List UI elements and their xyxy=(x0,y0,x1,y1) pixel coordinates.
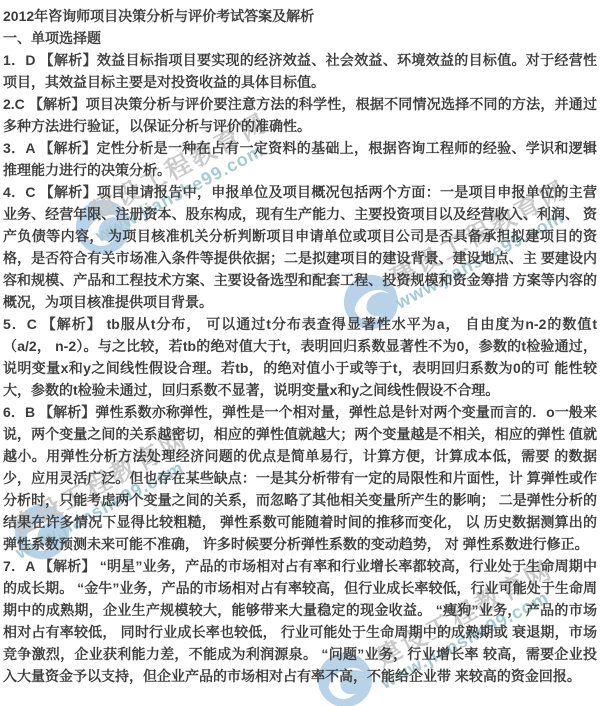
section-heading: 一、单项选择题 xyxy=(3,27,597,49)
exam-answer-document: 2012年咨询师项目决策分析与评价考试答案及解析 一、单项选择题 1．D 【解析… xyxy=(0,0,600,687)
answer-item-4: 4．C 【解析】项目申请报告中，申报单位及项目概况包括两个方面：一是项目申报单位… xyxy=(3,181,597,313)
answer-item-7: 7．A 【解析】 “明星”业务，产品的市场相对占有率和行业增长率都较高，行业处于… xyxy=(3,555,597,687)
answer-item-3: 3．A 【解析】定性分析是一种在占有一定资料的基础上，根据咨询工程师的经验、学识… xyxy=(3,137,597,181)
answer-item-2: 2.C 【解析】项目决策分析与评价要注意方法的科学性，根据不同情况选择不同的方法… xyxy=(3,93,597,137)
answer-item-6: 6．B 【解析】弹性系数亦称弹性，弹性是一个相对量，弹性总是针对两个变量而言的．… xyxy=(3,401,597,555)
answer-item-1: 1．D 【解析】效益目标指项目要实现的经济效益、社会效益、环境效益的目标值。对于… xyxy=(3,49,597,93)
answer-item-5: 5．C 【解析】 tb服从t分布， 可以通过t分布表查得显著性水平为a， 自由度… xyxy=(3,313,597,401)
doc-title: 2012年咨询师项目决策分析与评价考试答案及解析 xyxy=(3,5,597,27)
